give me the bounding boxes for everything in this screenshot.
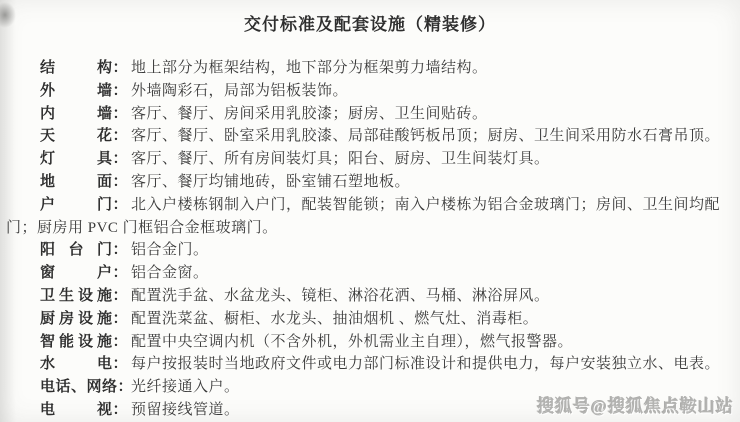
- spec-row: 灯具：客厅、餐厅、所有房间装灯具；阳台、厨房、卫生间装灯具。: [6, 148, 734, 171]
- spec-content: 客厅、餐厅均铺地砖，卧室铺石塑地板。: [131, 174, 410, 190]
- spec-row: 天花：客厅、餐厅、卧室采用乳胶漆、局部硅酸钙板吊顶；厨房、卫生间采用防水石膏吊顶…: [6, 125, 734, 148]
- spec-label-segment: 窗: [40, 262, 56, 285]
- spec-label-segment: 设: [78, 285, 94, 308]
- spec-label-segment: 视：: [97, 399, 128, 422]
- spec-label-segment: 电：: [97, 353, 128, 376]
- spec-label: 厨房设施：: [40, 308, 128, 331]
- spec-label-segment: 天: [40, 125, 56, 148]
- spec-content: 铝合金门。: [131, 242, 209, 258]
- spec-content: 预留接线管道。: [131, 402, 240, 418]
- spec-label-segment: 外: [40, 80, 56, 103]
- spec-label: 天花：: [40, 125, 128, 148]
- spec-label-segment: 户：: [97, 262, 128, 285]
- spec-label: 外墙：: [40, 80, 128, 103]
- spec-label-segment: 水: [40, 353, 56, 376]
- spec-row: 阳台门：铝合金门。: [6, 239, 734, 262]
- spec-row: 结构：地上部分为框架结构，地下部分为框架剪力墙结构。: [6, 57, 734, 80]
- spec-row: 电话、网络：光纤接通入户。: [6, 376, 734, 399]
- spec-content: 客厅、餐厅、房间采用乳胶漆；厨房、卫生间贴砖。: [131, 106, 488, 122]
- spec-content: 外墙陶彩石，局部为铝板装饰。: [131, 83, 348, 99]
- spec-label: 地面：: [40, 171, 128, 194]
- spec-content: 配置中央空调内机（不含外机，外机需业主自理），燃气报警器。: [131, 334, 573, 350]
- spec-label-segment: 话、: [56, 376, 87, 399]
- spec-label-segment: 生: [59, 285, 75, 308]
- spec-list: 结构：地上部分为框架结构，地下部分为框架剪力墙结构。 外墙：外墙陶彩石，局部为铝…: [0, 57, 740, 422]
- spec-label-segment: 厨: [40, 308, 56, 331]
- spec-content: 光纤接通入户。: [131, 379, 240, 395]
- spec-label-segment: 花：: [97, 125, 128, 148]
- spec-content: 配置洗手盆、水盆龙头、镜柜、淋浴花洒、马桶、淋浴屏风。: [131, 288, 550, 304]
- spec-label: 结构：: [40, 57, 128, 80]
- spec-row: 厨房设施：配置洗菜盆、橱柜、水龙头、抽油烟机 、燃气灶、消毒柜。: [6, 308, 734, 331]
- spec-label-segment: 设: [78, 308, 94, 331]
- spec-label-segment: 电: [40, 376, 56, 399]
- spec-label-segment: 地: [40, 171, 56, 194]
- document-title: 交付标准及配套设施（精装修）: [0, 0, 740, 37]
- spec-label-segment: 门：: [97, 239, 128, 262]
- spec-label-segment: 房: [59, 308, 75, 331]
- spec-row: 智能设施：配置中央空调内机（不含外机，外机需业主自理），燃气报警器。: [6, 331, 734, 354]
- spec-label-segment: 台: [68, 239, 84, 262]
- spec-content: 地上部分为框架结构，地下部分为框架剪力墙结构。: [131, 60, 488, 76]
- spec-label: 窗户：: [40, 262, 128, 285]
- spec-row: 内墙：客厅、餐厅、房间采用乳胶漆；厨房、卫生间贴砖。: [6, 103, 734, 126]
- spec-label: 电话、网络：: [40, 376, 128, 399]
- spec-label-segment: 构：: [97, 57, 128, 80]
- spec-label: 电视：: [40, 399, 128, 422]
- spec-label-segment: 内: [40, 103, 56, 126]
- spec-label-segment: 设: [78, 331, 94, 354]
- spec-label: 内墙：: [40, 103, 128, 126]
- spec-label-segment: 施：: [97, 308, 128, 331]
- spec-label-segment: 面：: [97, 171, 128, 194]
- spec-row: 卫生设施：配置洗手盆、水盆龙头、镜柜、淋浴花洒、马桶、淋浴屏风。: [6, 285, 734, 308]
- spec-label: 智能设施：: [40, 331, 128, 354]
- spec-content: 铝合金窗。: [131, 265, 209, 281]
- document-page: 交付标准及配套设施（精装修） 结构：地上部分为框架结构，地下部分为框架剪力墙结构…: [0, 0, 740, 422]
- spec-label-segment: 施：: [97, 285, 128, 308]
- spec-label-segment: 户: [40, 194, 56, 217]
- spec-content: 客厅、餐厅、所有房间装灯具；阳台、厨房、卫生间装灯具。: [131, 151, 550, 167]
- spec-label-segment: 结: [40, 57, 56, 80]
- spec-label-segment: 网: [87, 376, 103, 399]
- spec-label-segment: 门：: [97, 194, 128, 217]
- spec-row: 水电：每户按报装时当地政府文件或电力部门标准设计和提供电力，每户安装独立水、电表…: [6, 353, 734, 376]
- spec-row: 外墙：外墙陶彩石，局部为铝板装饰。: [6, 80, 734, 103]
- spec-label-segment: 墙：: [97, 103, 128, 126]
- spec-label-segment: 智: [40, 331, 56, 354]
- spec-label-segment: 能: [59, 331, 75, 354]
- spec-content: 每户按报装时当地政府文件或电力部门标准设计和提供电力，每户安装独立水、电表。: [131, 356, 720, 372]
- spec-label: 水电：: [40, 353, 128, 376]
- spec-row: 窗户：铝合金窗。: [6, 262, 734, 285]
- spec-row: 地面：客厅、餐厅均铺地砖，卧室铺石塑地板。: [6, 171, 734, 194]
- spec-label-segment: 墙：: [97, 80, 128, 103]
- spec-label-segment: 具：: [97, 148, 128, 171]
- spec-label: 灯具：: [40, 148, 128, 171]
- spec-row: 户门：北入户楼栋钢制入户门，配装智能锁；南入户楼栋为铝合金玻璃门；房间、卫生间均…: [6, 194, 734, 240]
- spec-label-segment: 灯: [40, 148, 56, 171]
- spec-content: 配置洗菜盆、橱柜、水龙头、抽油烟机 、燃气灶、消毒柜。: [131, 311, 538, 327]
- spec-label: 阳台门：: [40, 239, 128, 262]
- spec-label: 户门：: [40, 194, 128, 217]
- spec-label-segment: 电: [40, 399, 56, 422]
- spec-content: 客厅、餐厅、卧室采用乳胶漆、局部硅酸钙板吊顶；厨房、卫生间采用防水石膏吊顶。: [131, 128, 720, 144]
- spec-label-segment: 施：: [97, 331, 128, 354]
- spec-label: 卫生设施：: [40, 285, 128, 308]
- spec-row: 电视：预留接线管道。: [6, 399, 734, 422]
- spec-label-segment: 络：: [102, 376, 133, 399]
- spec-label-segment: 阳: [40, 239, 56, 262]
- spec-label-segment: 卫: [40, 285, 56, 308]
